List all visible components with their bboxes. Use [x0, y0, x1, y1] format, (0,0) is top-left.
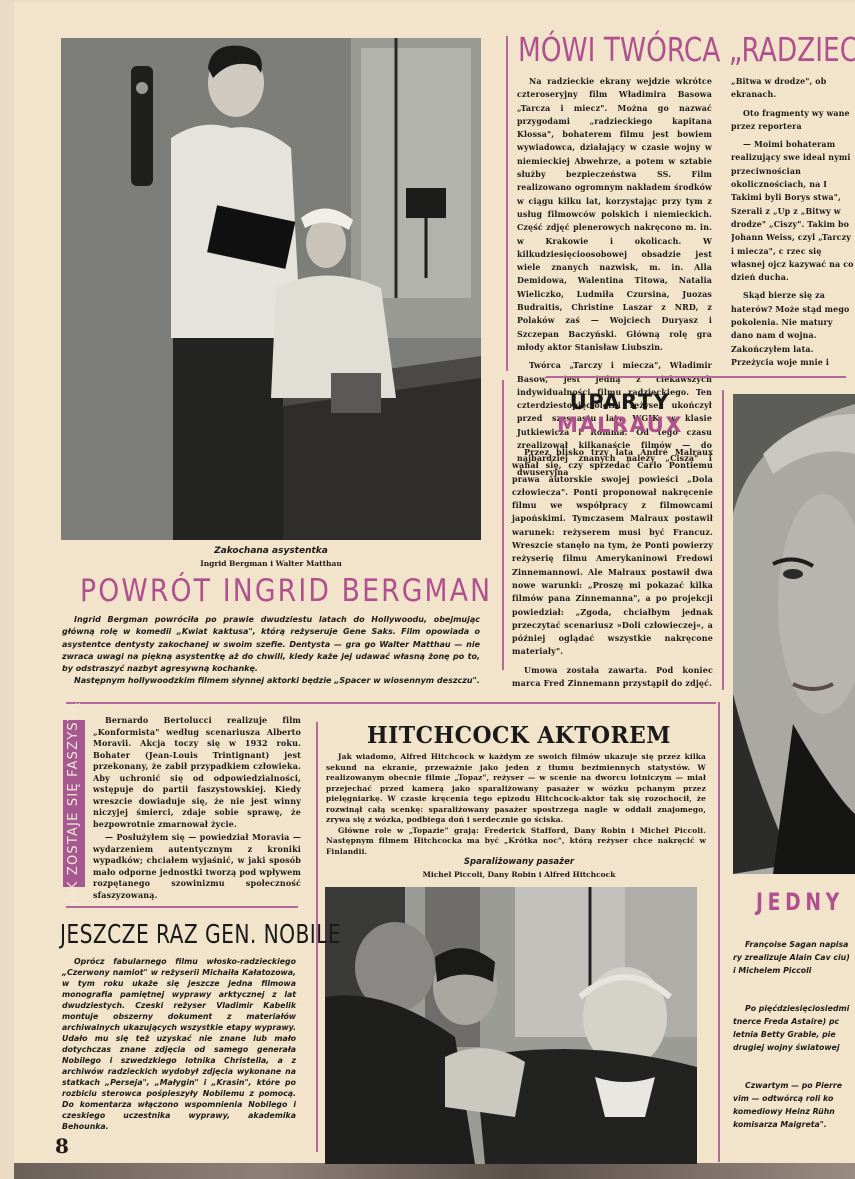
divider-under-bergman	[66, 702, 716, 704]
jedny-headline: JEDNY	[756, 888, 844, 916]
malraux-article-body: Przez blisko trzy lata André Malraux wah…	[512, 446, 713, 690]
hitchcock-article-body: Jak wiadomo, Alfred Hitchcock w każdym z…	[326, 752, 706, 857]
faszysta-vertical-label-text: JAK ZOSTAJE SIĘ FASZYSTĄ	[67, 702, 82, 905]
hitchcock-photo	[325, 887, 697, 1164]
page-number: 8	[55, 1134, 69, 1158]
radzieckiego-col2-paragraph: Oto fragmenty wy wane przez reportera	[731, 107, 855, 134]
divider-under-radzieckiego	[546, 376, 846, 378]
bergman-photo-caption-title: Zakochana asystentka	[61, 546, 481, 556]
malraux-paragraph: Umowa została zawarta. Pod koniec marca …	[512, 664, 713, 691]
malraux-right-rule	[722, 390, 724, 690]
hitchcock-paragraph: Jak wiadomo, Alfred Hitchcock w każdym z…	[326, 752, 706, 826]
divider-under-faszysta	[66, 906, 298, 908]
nobile-paragraph: Oprócz fabularnego filmu włosko-radzieck…	[62, 956, 296, 1132]
malraux-headline-line2: MALRAUX	[536, 413, 704, 437]
bergman-photo-illustration	[61, 38, 481, 540]
radzieckiego-col2-paragraph: — Moimi bohateram realizujący swe ideal …	[731, 138, 855, 284]
malraux-paragraph: Przez blisko trzy lata André Malraux wah…	[512, 446, 713, 659]
faszysta-paragraph: Bernardo Bertolucci realizuje film „Konf…	[93, 715, 301, 830]
hitchcock-paragraph: Główne role w „Topazie" grają: Frederick…	[326, 826, 706, 858]
hitchcock-photo-caption-title: Sparaliżowany pasażer	[322, 857, 716, 867]
radzieckiego-col2-paragraph: Skąd bierze się za haterów? Może stąd me…	[731, 289, 855, 370]
radzieckiego-col2-paragraph: „Bitwa w drodze", ob ekranach.	[731, 75, 855, 102]
hitchcock-photo-illustration	[325, 887, 697, 1164]
radzieckiego-paragraph: Na radzieckie ekrany wejdzie wkrótce czt…	[517, 75, 712, 354]
bergman-photo-caption-names: Ingrid Bergman i Walter Matthau	[61, 559, 481, 568]
radzieckiego-left-rule	[506, 36, 508, 371]
faszysta-article-body: Bernardo Bertolucci realizuje film „Konf…	[93, 715, 301, 901]
jedny-photo-illustration	[733, 394, 855, 874]
nobile-headline: JESZCZE RAZ GEN. NOBILE	[60, 920, 341, 950]
malraux-left-rule	[502, 380, 504, 670]
bergman-article-body: Ingrid Bergman powróciła po prawie dwudz…	[62, 614, 480, 688]
jedny-paragraph: Po pięćdziesięciosiedmi tnerce Freda Ast…	[733, 1002, 855, 1054]
hitchcock-right-rule	[718, 702, 720, 1162]
malraux-headline-line1: UPARTY	[545, 390, 695, 414]
bergman-paragraph: Następnym hollywoodzkim filmem słynnej a…	[62, 675, 480, 687]
nobile-article-body: Oprócz fabularnego filmu włosko-radzieck…	[62, 956, 296, 1132]
bergman-photo	[61, 38, 481, 540]
hitchcock-photo-caption-names: Michel Piccoli, Dany Robin i Alfred Hitc…	[322, 870, 716, 879]
radzieckiego-headline: MÓWI TWÓRCA „RADZIECKIEG	[518, 30, 855, 69]
hitchcock-headline: HITCHCOCK AKTOREM	[332, 722, 706, 749]
faszysta-vertical-label: JAK ZOSTAJE SIĘ FASZYSTĄ	[63, 720, 85, 887]
faszysta-paragraph: — Posłużyłem się — powiedział Moravia — …	[93, 832, 301, 901]
next-page-edge	[14, 1163, 855, 1179]
bergman-headline: POWRÓT INGRID BERGMAN	[80, 573, 492, 609]
jedny-article-body: Françoise Sagan napisa ry zrealizuje Ala…	[733, 938, 855, 1131]
radzieckiego-column-2: „Bitwa w drodze", ob ekranach. Oto fragm…	[731, 75, 855, 370]
bergman-paragraph: Ingrid Bergman powróciła po prawie dwudz…	[62, 614, 480, 675]
page-left-margin	[0, 0, 14, 1179]
jedny-paragraph: Czwartym — po Pierre vim — odtwórcą roli…	[733, 1079, 855, 1131]
jedny-paragraph: Françoise Sagan napisa ry zrealizuje Ala…	[733, 938, 855, 977]
jedny-photo	[733, 394, 855, 874]
